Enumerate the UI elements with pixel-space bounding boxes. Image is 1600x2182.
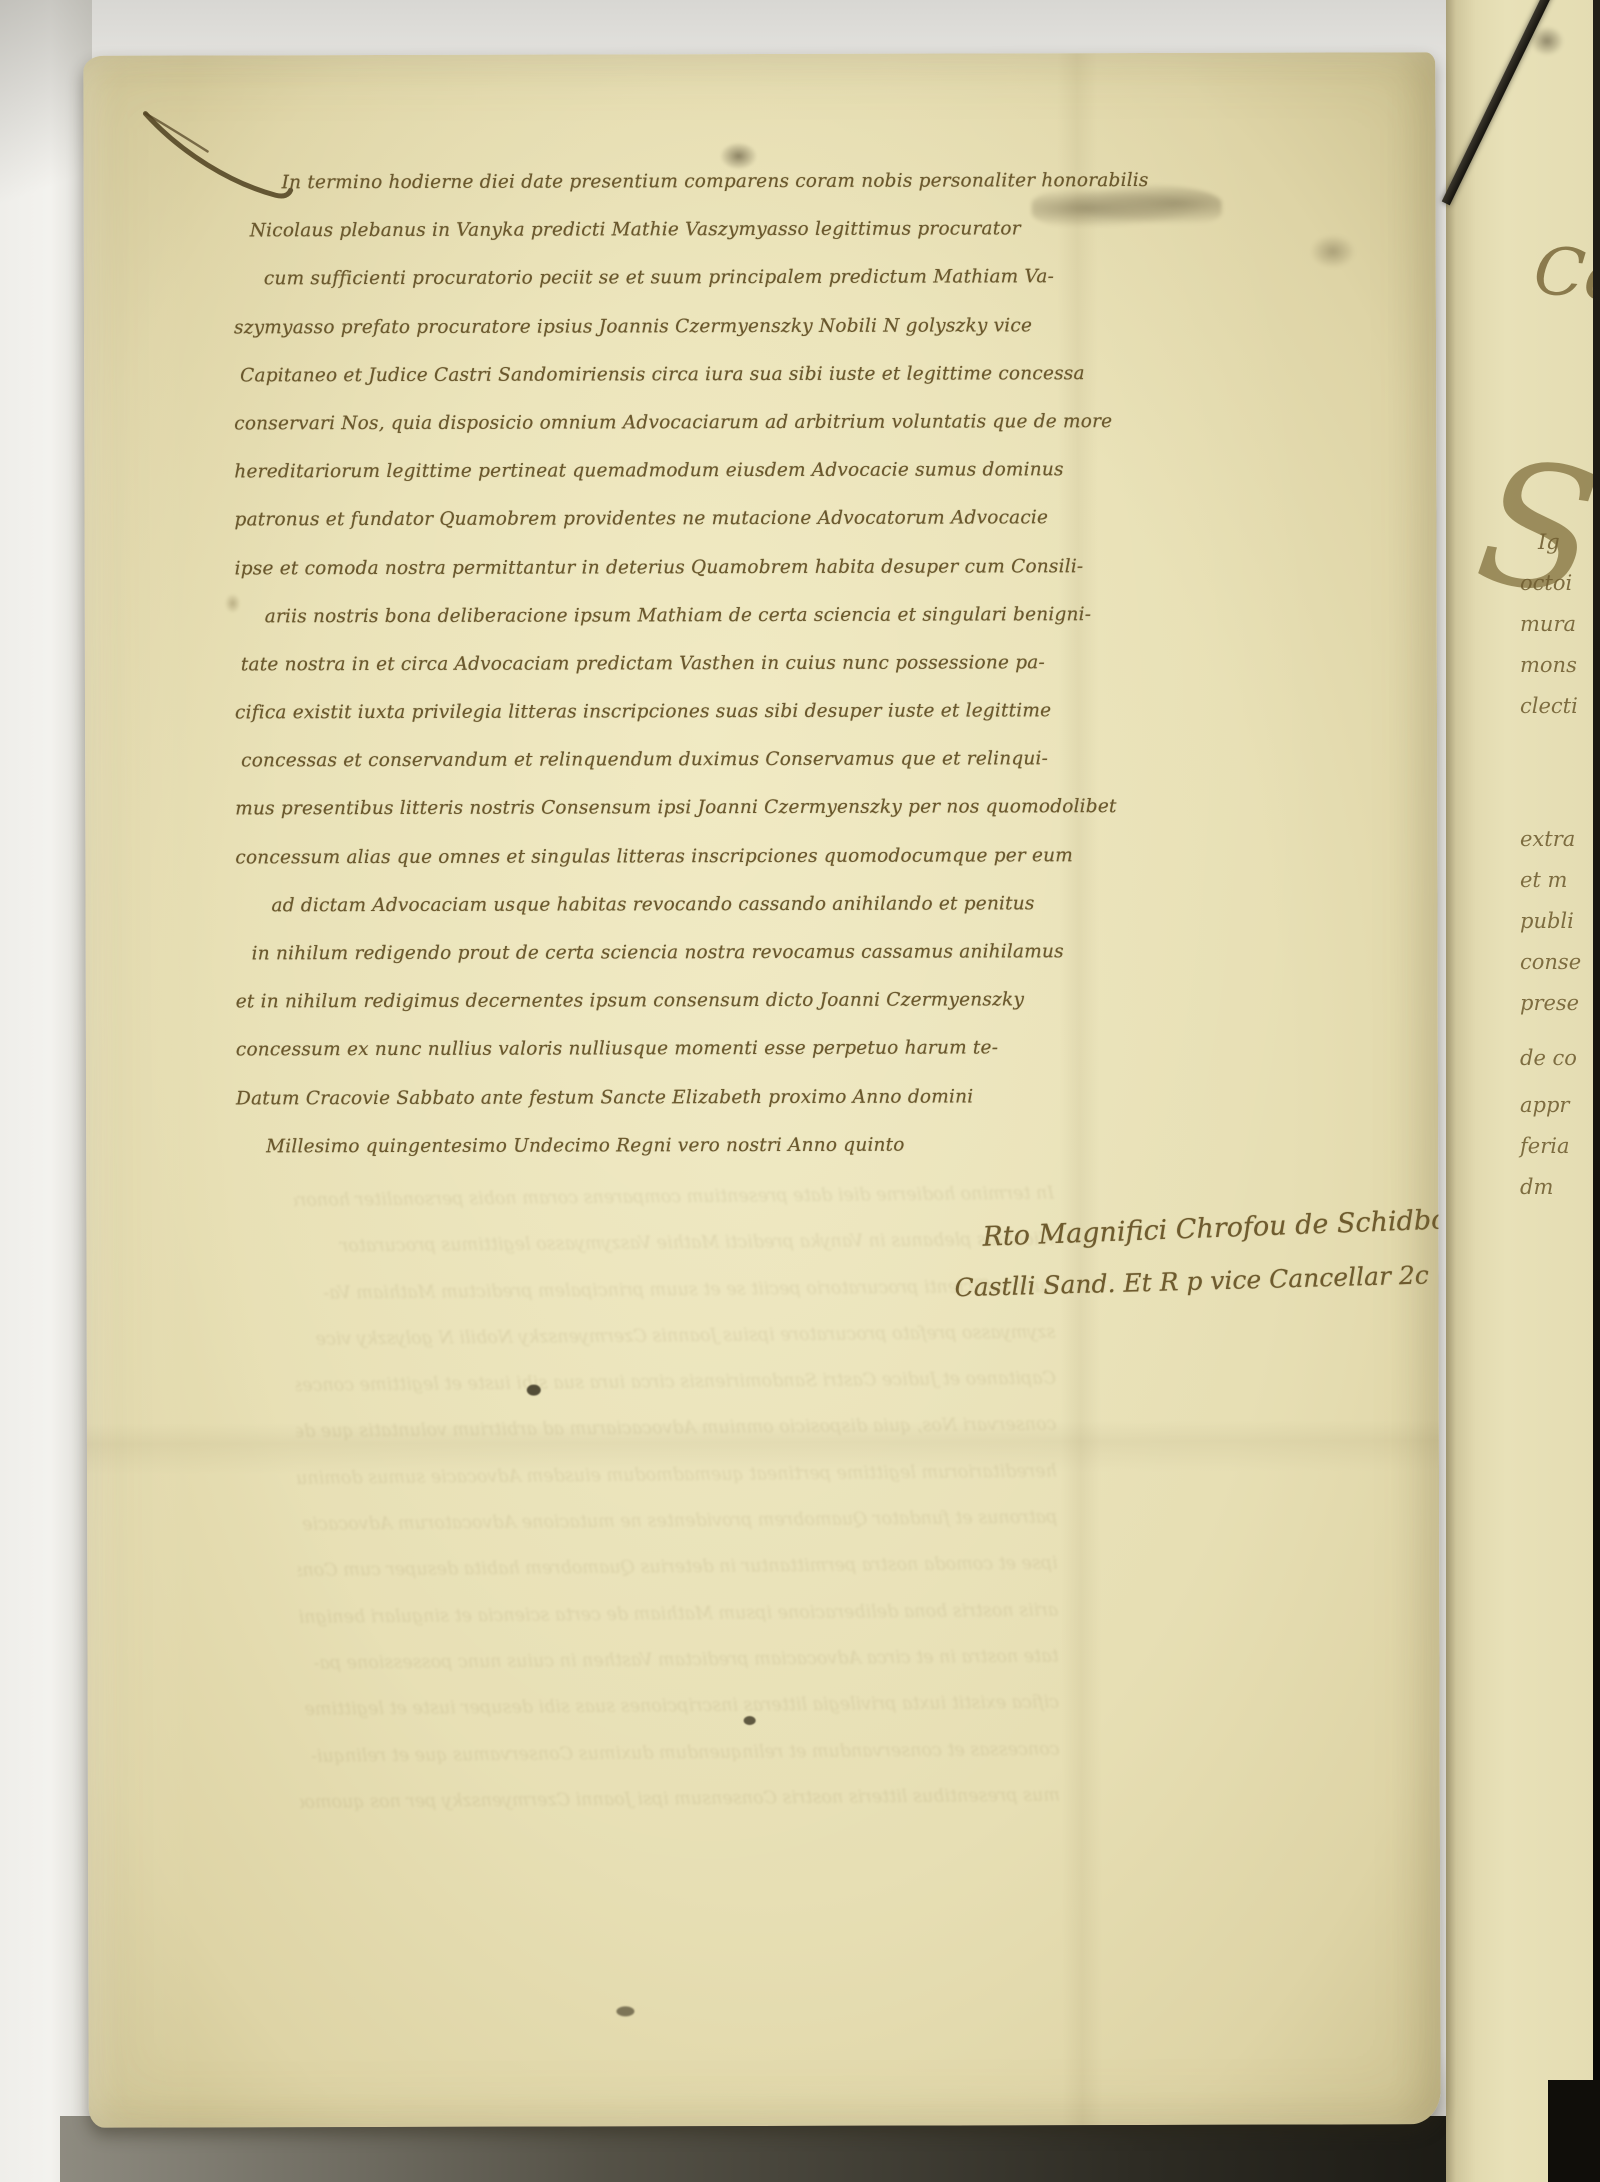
bleedthrough-line: hereditariorum legittime pertineat quema… [297,1448,1057,1502]
bleedthrough-line: In termino hodierne diei date presentium… [294,1171,1054,1225]
binding-rod-corner [1548,2080,1600,2182]
margin-fragment: publi [1520,909,1600,950]
bleedthrough-line: szymyasso prefato procuratore ipsius Joa… [295,1309,1055,1363]
bleedthrough-line: cifica existit iuxta privilegia litteras… [299,1680,1059,1734]
bleedthrough-line: patronus et fundator Quamobrem provident… [297,1495,1057,1549]
manuscript-line: In termino hodierne diei date presentium… [282,157,1024,207]
ink-stain [1310,234,1356,268]
bleedthrough-line: ariis nostris bona deliberacione ipsum M… [298,1587,1058,1641]
manuscript-line: concessum alias que omnes et singulas li… [235,832,1025,882]
ink-stain [720,142,758,170]
manuscript-line: concessas et conservandum et relinquendu… [241,736,1025,786]
manuscript-line: conservari Nos, quia disposicio omnium A… [234,398,1024,448]
bleedthrough-line: conservari Nos, quia disposicio omnium A… [296,1402,1056,1456]
manuscript-line: et in nihilum redigimus decernentes ipsu… [236,976,1026,1026]
bleedthrough-line: mus presentibus litteris nostris Consens… [300,1772,1060,1825]
next-page-edge: Con S Igoctoimuramonsclectiextraet mpubl… [1446,0,1600,2182]
manuscript-line: ariis nostris bona deliberacione ipsum M… [265,591,1025,641]
manuscript-line: ipse et comoda nostra permittantur in de… [235,543,1025,593]
bleedthrough-line: Capitaneo et Judice Castri Sandomiriensi… [296,1356,1056,1410]
ink-stain [744,1716,756,1725]
manuscript-line: cum sufficienti procuratorio peciit se e… [264,254,1024,304]
bleedthrough-line: concessas et conservandum et relinquendu… [299,1726,1059,1780]
bleedthrough-line: tate nostra in et circa Advocaciam predi… [298,1634,1058,1688]
margin-fragment: Ig [1538,530,1600,571]
manuscript-line: in nihilum redigendo prout de certa scie… [252,928,1026,978]
binding-rod-right [1593,0,1600,2182]
bleedthrough-text: In termino hodierne diei date presentium… [294,1171,1060,1826]
margin-fragment: conse [1520,950,1600,991]
margin-fragment: feria [1520,1134,1600,1175]
manuscript-line: cifica existit iuxta privilegia litteras… [235,687,1025,737]
next-page-heading-fragment: Con [1530,231,1600,321]
margin-fragment: prese [1520,991,1600,1032]
margin-fragment: mons [1520,653,1600,694]
ink-stain [1530,26,1564,56]
manuscript-line: concessum ex nunc nullius valoris nulliu… [236,1025,1026,1075]
manuscript-line: ad dictam Advocaciam usque habitas revoc… [271,880,1025,930]
left-margin-strip [0,0,92,2182]
margin-fragment: et m [1520,868,1600,909]
manuscript-line: patronus et fundator Quamobrem provident… [234,495,1024,545]
bleedthrough-line: ipse et comoda nostra permittantur in de… [298,1541,1058,1595]
manuscript-line: hereditariorum legittime pertineat quema… [234,446,1024,496]
margin-fragment: octoi [1520,571,1600,612]
scan-background: { "document": { "language": "Latin manus… [0,0,1600,2182]
ink-stain [225,593,241,613]
next-page-margin-fragments: Igoctoimuramonsclectiextraet mpubliconse… [1520,530,1600,1216]
manuscript-line: tate nostra in et circa Advocaciam predi… [241,639,1025,689]
ink-stain [1032,185,1222,231]
manuscript-line: mus presentibus litteris nostris Consens… [235,784,1025,834]
margin-fragment: de co [1520,1046,1600,1087]
manuscript-text-block: In termino hodierne diei date presentium… [234,157,1027,1171]
manuscript-line: szymyasso prefato procuratore ipsius Joa… [234,302,1024,352]
margin-fragment: dm [1520,1175,1600,1216]
manuscript-line: Nicolaus plebanus in Vanyka predicti Mat… [250,205,1024,255]
margin-fragment: extra [1520,827,1600,868]
manuscript-line: Capitaneo et Judice Castri Sandomiriensi… [240,350,1024,400]
margin-fragment: mura [1520,612,1600,653]
margin-fragment: appr [1520,1093,1600,1134]
bleedthrough-line: Nicolaus plebanus in Vanyka predicti Mat… [294,1217,1054,1271]
manuscript-line: Millesimo quingentesimo Undecimo Regni v… [266,1121,1026,1171]
ink-stain [616,2006,634,2016]
ink-stain [527,1385,541,1396]
manuscript-line: Datum Cracovie Sabbato ante festum Sanct… [236,1073,1026,1123]
manuscript-page: In termino hodierne diei date presentium… [83,52,1440,2128]
margin-fragment: clecti [1520,694,1600,735]
bleedthrough-line: cum sufficienti procuratorio peciit se e… [295,1263,1055,1317]
